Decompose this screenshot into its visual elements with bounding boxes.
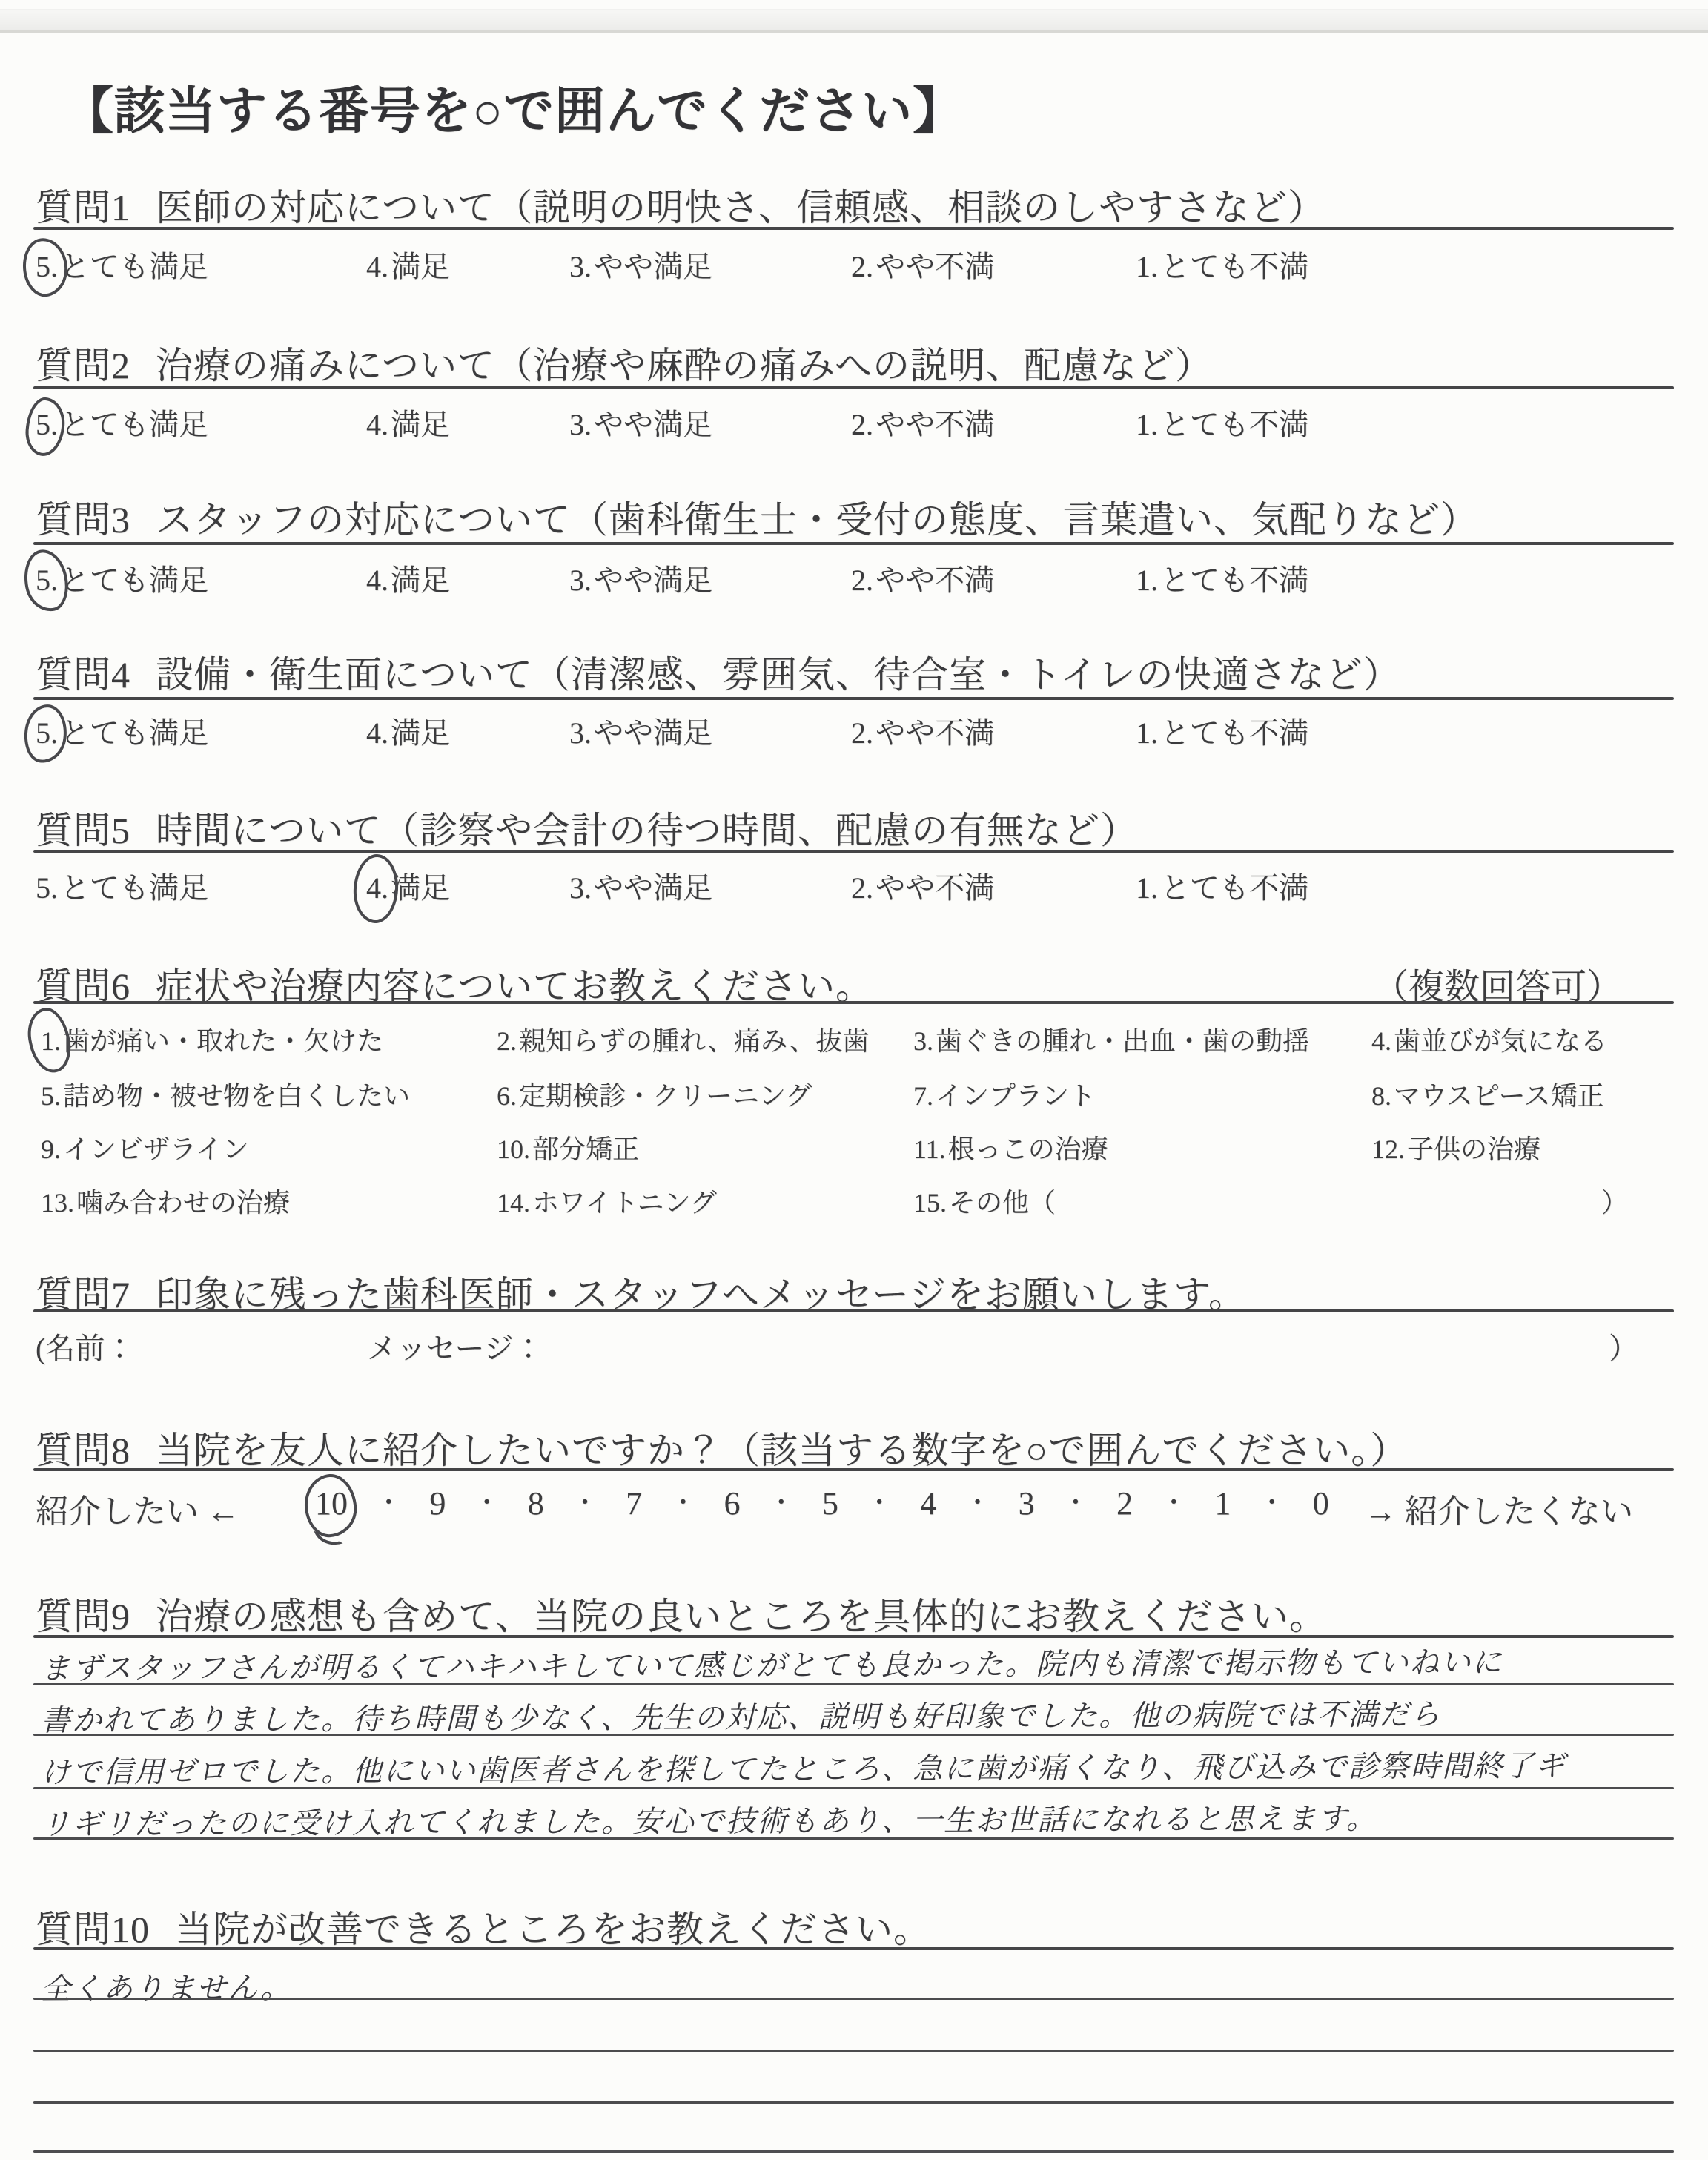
question-9-number: 質問9: [36, 1596, 130, 1637]
question-5-text: 時間について（診察や会計の待つ時間、配慮の有無など）: [156, 810, 1138, 851]
question-2-text: 治療の痛みについて（治療や麻酔の痛みへの説明、配慮など）: [156, 345, 1213, 386]
question-3-text: スタッフの対応について（歯科衛生士・受付の態度、言葉遣い、気配りなど）: [156, 499, 1478, 541]
question-8-heading: 質問8当院を友人に紹介したいですか？（該当する数字を○で囲んでください。）: [36, 1421, 1408, 1474]
scale-separator: ・: [670, 1482, 695, 1519]
divider-line: [33, 542, 1674, 545]
item-tooth-pain: 1.歯が痛い・取れた・欠けた: [41, 1020, 383, 1058]
option-somewhat-satisfied: 3.やや満足: [569, 401, 712, 443]
option-very-dissatisfied: 1.とても不満: [1136, 710, 1308, 752]
question-3-number: 質問3: [36, 499, 130, 541]
handwritten-answer-line-4: リギリだったのに受け入れてくれました。安心で技術もあり、一生お世話になれると思え…: [41, 1794, 1664, 1843]
nps-scale: 10 ・ 9 ・ 8 ・ 7 ・ 6 ・ 5 ・ 4 ・ 3 ・ 2 ・ 1 ・…: [315, 1484, 1329, 1522]
divider-line: [33, 1635, 1674, 1638]
item-whiten-fillings: 5.詰め物・被せ物を白くしたい: [41, 1075, 410, 1113]
scale-6: 6: [724, 1484, 741, 1522]
option-satisfied: 4.満足: [366, 401, 450, 443]
question-2-heading: 質問2治療の痛みについて（治療や麻酔の痛みへの説明、配慮など）: [36, 336, 1213, 389]
handwritten-answer-q10: 全くありません。: [41, 1958, 1664, 2008]
circled-answer-5: 5.: [36, 716, 58, 750]
answer-line: [33, 2101, 1674, 2104]
option-very-satisfied: 5.とても満足: [36, 710, 208, 752]
name-field-label: (名前：: [36, 1325, 134, 1367]
question-8-number: 質問8: [36, 1430, 130, 1471]
answer-line: [33, 1837, 1674, 1840]
option-very-dissatisfied: 1.とても不満: [1136, 557, 1308, 599]
divider-line: [33, 850, 1674, 853]
item-implant: 7.インプラント: [913, 1075, 1096, 1113]
option-very-satisfied: 5.とても満足: [36, 243, 208, 285]
scanned-survey-page: 【該当する番号を○で囲んでください】 質問1医師の対応について（説明の明快さ、信…: [0, 0, 1708, 2160]
scale-separator: ・: [376, 1482, 401, 1519]
item-mouthpiece-ortho: 8.マウスピース矯正: [1371, 1075, 1604, 1113]
item-invisalign: 9.インビザライン: [41, 1129, 249, 1166]
question-5-number: 質問5: [36, 810, 130, 851]
item-whitening: 14.ホワイトニング: [497, 1182, 717, 1220]
question-10-text: 当院が改善できるところをお教えください。: [175, 1909, 931, 1950]
question-4-number: 質問4: [36, 654, 130, 696]
option-somewhat-dissatisfied: 2.やや不満: [851, 865, 994, 907]
item-gum-swelling: 3.歯ぐきの腫れ・出血・歯の動揺: [913, 1020, 1309, 1058]
option-very-dissatisfied: 1.とても不満: [1136, 243, 1308, 285]
handwritten-answer-line-1: まずスタッフさんが明るくてハキハキしていて感じがとても良かった。院内も清潔で掲示…: [41, 1638, 1664, 1688]
scale-5: 5: [822, 1484, 838, 1522]
option-satisfied: 4.満足: [366, 710, 450, 752]
option-somewhat-satisfied: 3.やや満足: [569, 243, 712, 285]
scale-7: 7: [626, 1484, 642, 1522]
circled-answer-10: 10: [315, 1484, 348, 1522]
item-teeth-alignment: 4.歯並びが気になる: [1371, 1020, 1607, 1058]
question-4-text: 設備・衛生面について（清潔感、雰囲気、待合室・トイレの快適さなど）: [156, 654, 1401, 696]
option-very-satisfied: 5.とても満足: [36, 401, 208, 443]
item-root-treatment: 11.根っこの治療: [913, 1129, 1108, 1166]
option-very-dissatisfied: 1.とても不満: [1136, 865, 1308, 907]
item-checkup-cleaning: 6.定期検診・クリーニング: [497, 1075, 812, 1113]
item-wisdom-tooth: 2.親知らずの腫れ、痛み、抜歯: [497, 1020, 869, 1058]
option-very-satisfied: 5.とても満足: [36, 865, 208, 907]
option-somewhat-satisfied: 3.やや満足: [569, 865, 712, 907]
answer-line: [33, 1734, 1674, 1736]
scan-artifact-band: [0, 9, 1708, 33]
question-1-number: 質問1: [36, 187, 130, 228]
question-9-heading: 質問9治療の感想も含めて、当院の良いところを具体的にお教えください。: [36, 1587, 1327, 1640]
option-somewhat-satisfied: 3.やや満足: [569, 710, 712, 752]
question-1-text: 医師の対応について（説明の明快さ、信頼感、相談のしやすさなど）: [156, 187, 1325, 228]
scale-left-label: 紹介したい ←: [36, 1484, 239, 1532]
divider-line: [33, 1309, 1674, 1312]
item-other-close-paren: ）: [1601, 1182, 1628, 1220]
divider-line: [33, 386, 1674, 389]
item-partial-ortho: 10.部分矯正: [497, 1129, 639, 1166]
scale-separator: ・: [474, 1482, 500, 1519]
circled-answer-5: 5.: [36, 563, 58, 598]
option-very-dissatisfied: 1.とても不満: [1136, 401, 1308, 443]
scale-separator: ・: [769, 1482, 794, 1519]
item-child-treatment: 12.子供の治療: [1371, 1129, 1540, 1166]
option-satisfied: 4.満足: [366, 865, 450, 907]
page-title: 【該当する番号を○で囲んでください】: [63, 71, 964, 143]
option-somewhat-dissatisfied: 2.やや不満: [851, 243, 994, 285]
scale-3: 3: [1019, 1484, 1035, 1522]
circled-answer-5: 5.: [36, 249, 58, 284]
scale-separator: ・: [1260, 1482, 1285, 1519]
circled-answer-4: 4.: [366, 871, 388, 905]
question-2-number: 質問2: [36, 345, 130, 386]
scale-2: 2: [1116, 1484, 1133, 1522]
answer-line: [33, 1998, 1674, 2000]
divider-line: [33, 1468, 1674, 1471]
option-somewhat-dissatisfied: 2.やや不満: [851, 401, 994, 443]
option-satisfied: 4.満足: [366, 243, 450, 285]
question-5-heading: 質問5時間について（診察や会計の待つ時間、配慮の有無など）: [36, 801, 1138, 854]
handwritten-answer-line-3: けで信用ゼロでした。他にいい歯医者さんを探してたところ、急に歯が痛くなり、飛び込…: [41, 1742, 1664, 1791]
divider-line: [33, 227, 1674, 230]
message-field-label: メッセージ：: [367, 1325, 543, 1367]
answer-line: [33, 1787, 1674, 1789]
option-satisfied: 4.満足: [366, 557, 450, 599]
item-other: 15.その他（: [913, 1182, 1056, 1220]
question-1-heading: 質問1医師の対応について（説明の明快さ、信頼感、相談のしやすさなど）: [36, 178, 1325, 231]
divider-line: [33, 697, 1674, 700]
answer-line: [33, 1683, 1674, 1685]
scale-separator: ・: [964, 1482, 990, 1519]
question-10-number: 質問10: [36, 1909, 150, 1950]
scale-4: 4: [920, 1484, 936, 1522]
scale-8: 8: [528, 1484, 544, 1522]
scale-separator: ・: [572, 1482, 598, 1519]
scale-separator: ・: [1161, 1482, 1186, 1519]
circled-answer-5: 5.: [36, 407, 58, 442]
divider-line: [33, 1001, 1674, 1004]
circled-answer-1: 1.: [41, 1025, 61, 1057]
scale-right-label: → 紹介したくない: [1364, 1484, 1633, 1532]
option-somewhat-dissatisfied: 2.やや不満: [851, 710, 994, 752]
question-10-heading: 質問10当院が改善できるところをお教えください。: [36, 1900, 931, 1953]
question-3-heading: 質問3スタッフの対応について（歯科衛生士・受付の態度、言葉遣い、気配りなど）: [36, 490, 1478, 544]
option-somewhat-dissatisfied: 2.やや不満: [851, 557, 994, 599]
scale-separator: ・: [1063, 1482, 1088, 1519]
scale-9: 9: [429, 1484, 446, 1522]
answer-line: [33, 2150, 1674, 2153]
close-paren: ）: [1609, 1325, 1638, 1367]
item-bite-treatment: 13.噛み合わせの治療: [41, 1182, 290, 1220]
question-8-text: 当院を友人に紹介したいですか？（該当する数字を○で囲んでください。）: [156, 1430, 1408, 1471]
question-4-heading: 質問4設備・衛生面について（清潔感、雰囲気、待合室・トイレの快適さなど）: [36, 645, 1401, 698]
scale-separator: ・: [867, 1482, 892, 1519]
handwritten-answer-line-2: 書かれてありました。待ち時間も少なく、先生の対応、説明も好印象でした。他の病院で…: [41, 1690, 1664, 1740]
scale-1: 1: [1214, 1484, 1231, 1522]
option-very-satisfied: 5.とても満足: [36, 557, 208, 599]
answer-line: [33, 2050, 1674, 2052]
option-somewhat-satisfied: 3.やや満足: [569, 557, 712, 599]
divider-line: [33, 1947, 1674, 1950]
scale-0: 0: [1313, 1484, 1329, 1522]
question-9-text: 治療の感想も含めて、当院の良いところを具体的にお教えください。: [156, 1596, 1327, 1637]
